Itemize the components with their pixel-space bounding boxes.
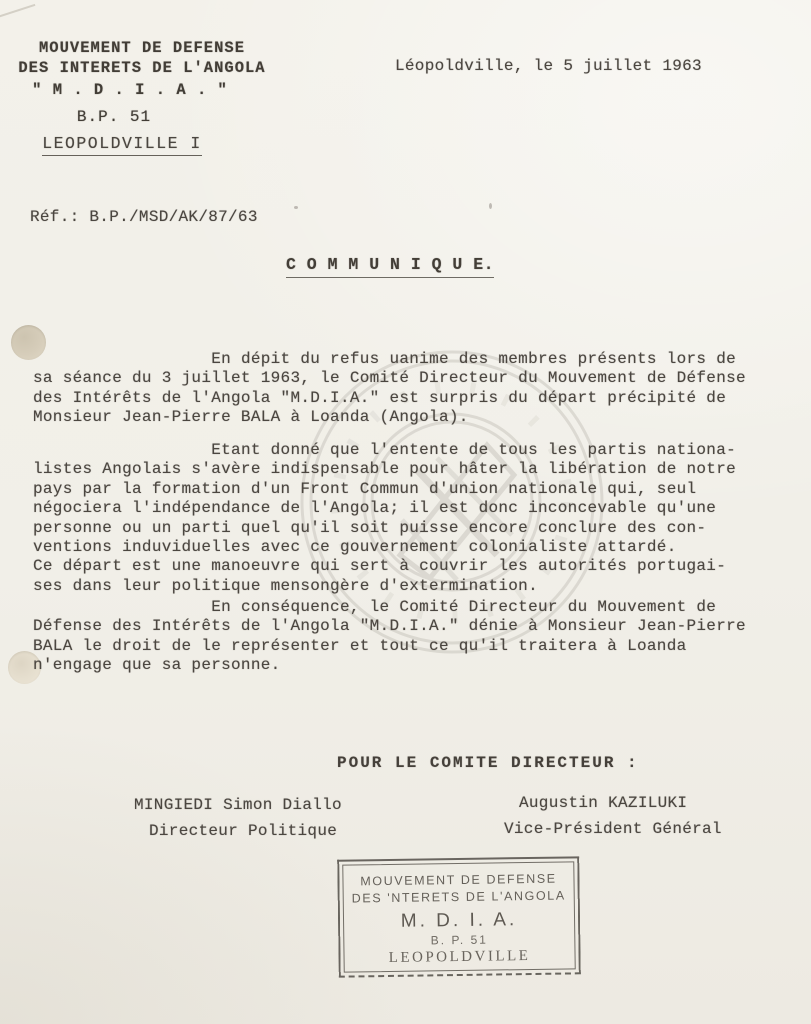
- document-title: C O M M U N I Q U E.: [286, 255, 494, 278]
- org-name-line2: DES INTERETS DE L'ANGOLA: [8, 58, 276, 78]
- signature-right-title: Vice-Président Général: [504, 820, 722, 839]
- paragraph-2: Etant donné que l'entente de tous les pa…: [33, 441, 793, 596]
- signature-right-name: Augustin KAZILUKI: [519, 794, 687, 813]
- paper-crease: [0, 4, 35, 18]
- stamp-org-line2: DES 'NTERETS DE L'ANGOLA: [344, 887, 574, 907]
- signature-left-title: Directeur Politique: [149, 822, 337, 841]
- ink-speck: [294, 206, 298, 209]
- reference-number: Réf.: B.P./MSD/AK/87/63: [30, 208, 258, 227]
- paragraph-3: En conséquence, le Comité Directeur du M…: [33, 598, 793, 676]
- dateline: Léopoldville, le 5 juillet 1963: [395, 57, 702, 76]
- rubber-stamp-inner-border: MOUVEMENT DE DEFENSE DES 'NTERETS DE L'A…: [342, 861, 575, 972]
- rubber-stamp: MOUVEMENT DE DEFENSE DES 'NTERETS DE L'A…: [337, 856, 581, 977]
- signature-left-name: MINGIEDI Simon Diallo: [134, 796, 342, 815]
- letterhead-city: LEOPOLDVILLE I: [42, 134, 202, 156]
- paragraph-1: En dépit du refus uanime des membres pré…: [33, 350, 793, 428]
- ink-speck: [489, 203, 492, 209]
- letterhead: MOUVEMENT DE DEFENSE DES INTERETS DE L'A…: [8, 38, 276, 156]
- org-acronym: " M . D . I . A . ": [0, 80, 264, 100]
- stamp-city: LEOPOLDVILLE: [344, 946, 574, 968]
- document-title-wrap: C O M M U N I Q U E.: [286, 255, 494, 278]
- po-box: B.P. 51: [0, 107, 248, 127]
- stamp-acronym: M. D. I. A.: [344, 907, 574, 934]
- letterhead-city-wrap: LEOPOLDVILLE I: [0, 134, 256, 156]
- closing-line: POUR LE COMITE DIRECTEUR :: [337, 754, 639, 773]
- org-name-line1: MOUVEMENT DE DEFENSE: [8, 38, 276, 58]
- scanned-document-page: MOUVEMENT DE DEFENSE DES INTERETS DE L'A…: [0, 0, 811, 1024]
